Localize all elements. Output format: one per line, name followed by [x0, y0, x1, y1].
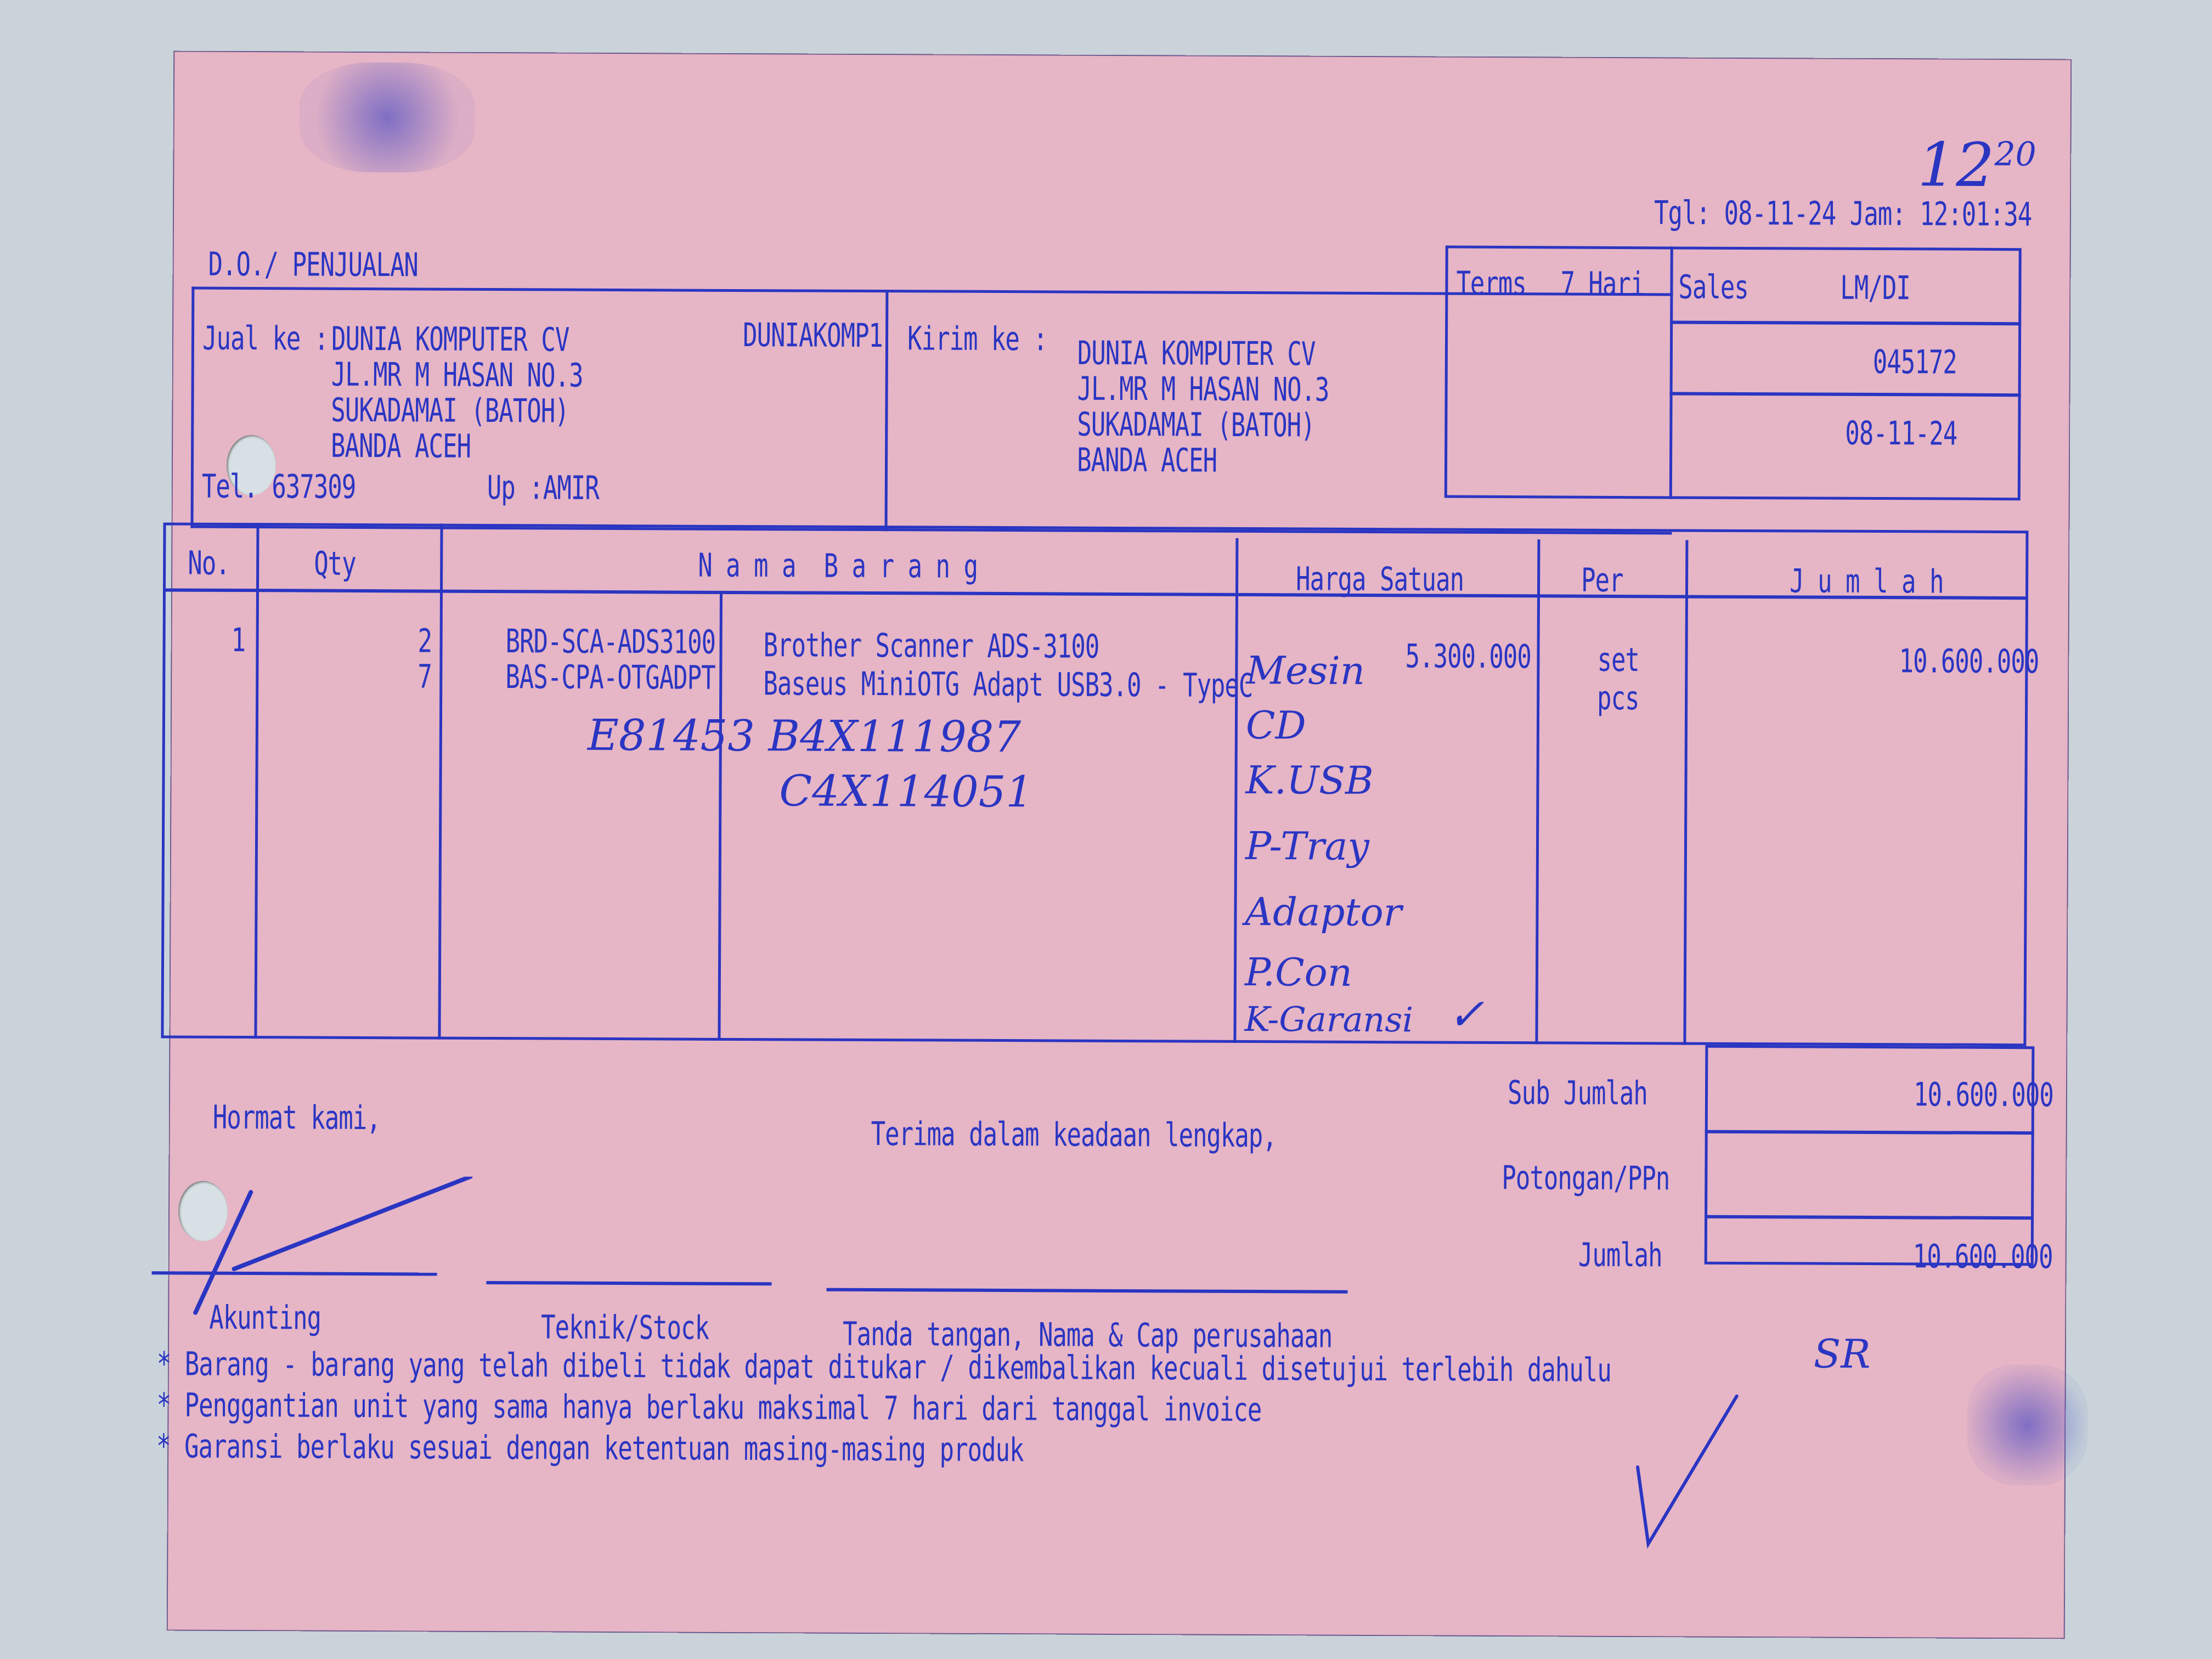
note-1: * Barang - barang yang telah dibeli tida… — [157, 1345, 1611, 1389]
sales-value: LM/DI — [1840, 269, 1910, 307]
ink-smudge-top-left — [299, 62, 475, 172]
sell-to-label: Jual ke : — [202, 320, 329, 358]
header-per: Per — [1581, 562, 1623, 600]
checklist-item-4: P-Tray — [1245, 823, 1369, 869]
sell-to-name: DUNIA KOMPUTER CV — [331, 320, 569, 359]
total-label: Jumlah — [1578, 1237, 1662, 1275]
ship-to-address1: JL.MR M HASAN NO.3 — [1077, 370, 1329, 409]
checklist-item-2: CD — [1246, 703, 1306, 748]
date-time-stamp: Tgl: 08-11-24 Jam: 12:01:34 — [1654, 194, 2032, 234]
technical-sign-line — [486, 1281, 771, 1285]
handwritten-serial-2: C4X114051 — [779, 766, 1033, 817]
checklist-item-1: Mesin — [1246, 648, 1365, 693]
row-2-code: BAS-CPA-OTGADPT — [505, 658, 715, 697]
row-1-price: 5.300.000 — [1405, 637, 1531, 676]
document-title: D.O./ PENJUALAN — [208, 246, 418, 285]
sell-to-city: BANDA ACEH — [331, 427, 471, 466]
row-2-per: pcs — [1597, 680, 1639, 718]
sales-label: Sales — [1678, 268, 1748, 306]
subtotal-value: 10.600.000 — [1914, 1076, 2053, 1114]
checklist-item-6: P.Con — [1245, 950, 1352, 995]
ship-to-label: Kirim ke : — [907, 320, 1047, 358]
ink-smudge-bottom-right — [1967, 1364, 2088, 1486]
ship-to-address2: SUKADAMAI (BATOH) — [1077, 406, 1315, 445]
checklist-item-3: K.USB — [1245, 758, 1373, 803]
invoice-date: 08-11-24 — [1845, 415, 1957, 453]
checklist-item-5: Adaptor — [1245, 889, 1402, 935]
customer-code: DUNIAKOMP1 — [743, 317, 883, 355]
handwritten-time: 1220 — [1917, 129, 2036, 200]
row-1-code: BRD-SCA-ADS3100 — [505, 623, 715, 662]
ship-to-name: DUNIA KOMPUTER CV — [1077, 335, 1316, 374]
note-3: * Garansi berlaku sesuai dengan ketentua… — [156, 1427, 1024, 1469]
header-qty: Qty — [314, 545, 356, 583]
row-1-name: Brother Scanner ADS-3100 — [763, 627, 1099, 666]
handwritten-serial-1: E81453 B4X111987 — [588, 711, 1021, 762]
delivery-order-paper: D.O./ PENJUALAN Tgl: 08-11-24 Jam: 12:01… — [167, 50, 2072, 1639]
ship-to-city: BANDA ACEH — [1077, 442, 1217, 480]
row-1-per: set — [1597, 641, 1639, 679]
header-amount: J u m l a h — [1790, 562, 1944, 601]
row-1-amount: 10.600.000 — [1899, 642, 2039, 681]
row-2-name: Baseus MiniOTG Adapt USB3.0 - TypeC — [763, 665, 1252, 705]
regards-text: Hormat kami, — [213, 1099, 381, 1137]
total-value: 10.600.000 — [1913, 1238, 2053, 1276]
accounting-signature-icon — [184, 1176, 492, 1319]
initials-mark: SR — [1814, 1331, 1871, 1377]
row-1-qty: 2 — [417, 622, 432, 660]
subtotal-label: Sub Jumlah — [1508, 1074, 1647, 1113]
invoice-number: 045172 — [1873, 343, 1957, 382]
row-2-qty: 7 — [417, 658, 432, 696]
company-sign-line — [826, 1288, 1347, 1294]
header-price: Harga Satuan — [1296, 560, 1464, 599]
checklist-item-7: K-Garansi — [1244, 999, 1413, 1040]
sell-to-tel: Tel. 637309 — [202, 468, 356, 506]
discount-label: Potongan/PPn — [1502, 1159, 1669, 1198]
header-item: N a m a B a r a n g — [698, 547, 978, 586]
technical-label: Teknik/Stock — [541, 1308, 709, 1347]
sell-to-attn: Up :AMIR — [487, 469, 599, 507]
row-1-no: 1 — [231, 622, 245, 659]
header-no: No. — [188, 545, 230, 583]
large-checkmark-icon — [1626, 1385, 1747, 1550]
accounting-label: Akunting — [209, 1299, 321, 1338]
sell-to-address1: JL.MR M HASAN NO.3 — [331, 356, 583, 395]
received-text: Terima dalam keadaan lengkap, — [871, 1115, 1277, 1155]
checkmark-icon: ✓ — [1447, 989, 1484, 1040]
sell-to-address2: SUKADAMAI (BATOH) — [331, 392, 569, 431]
note-2: * Penggantian unit yang sama hanya berla… — [156, 1386, 1261, 1429]
